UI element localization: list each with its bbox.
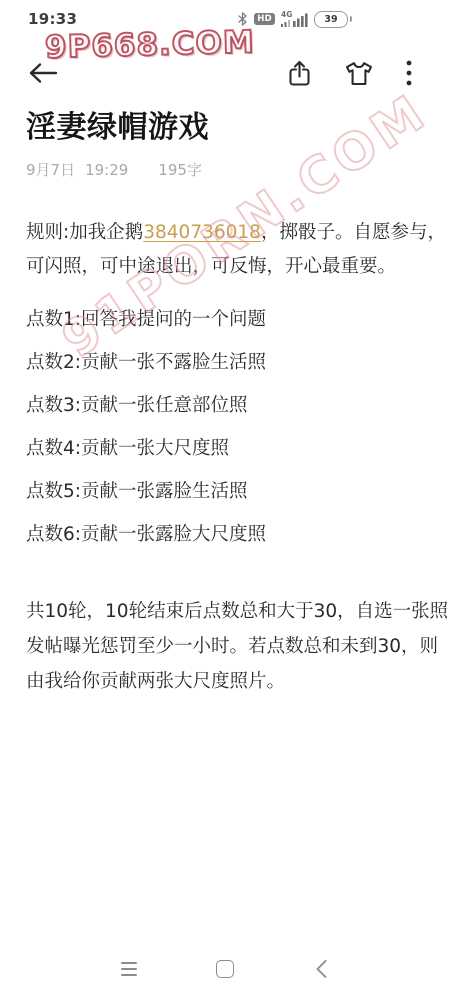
note-content: 淫妻绿帽游戏 9月7日19:29195字 规则:加我企鹅3840736018，掷… xyxy=(26,96,450,699)
clock-time: 19:33 xyxy=(28,10,77,28)
dice-rule-1: 点数1:回答我提问的一个问题 xyxy=(26,303,450,337)
dice-rule-3: 点数3:贡献一张任意部位照 xyxy=(26,389,450,423)
note-char-count: 195字 xyxy=(158,161,202,179)
tshirt-theme-icon xyxy=(344,61,374,86)
qq-number-link[interactable]: 3840736018 xyxy=(143,222,261,243)
note-edit-time: 19:29 xyxy=(85,161,128,179)
dice-rule-6: 点数6:贡献一张露脸大尺度照 xyxy=(26,518,450,552)
battery-icon: 39 xyxy=(314,11,352,28)
home-button[interactable] xyxy=(215,959,235,979)
battery-terminal xyxy=(350,16,353,22)
note-date: 9月7日 xyxy=(26,161,75,179)
dice-rule-2: 点数2:贡献一张不露脸生活照 xyxy=(26,346,450,380)
signal-bars-icon: 4G xyxy=(281,11,308,27)
note-title: 淫妻绿帽游戏 xyxy=(26,110,450,146)
more-vertical-icon xyxy=(406,60,412,86)
hd-volte-icon: HD xyxy=(254,13,275,25)
more-menu-button[interactable] xyxy=(406,60,412,86)
dice-rules-list: 点数1:回答我提问的一个问题 点数2:贡献一张不露脸生活照 点数3:贡献一张任意… xyxy=(26,303,450,552)
android-nav-bar xyxy=(0,938,450,1000)
home-icon xyxy=(216,960,234,978)
nav-back-button[interactable] xyxy=(311,959,331,979)
note-toolbar xyxy=(0,50,450,96)
bluetooth-icon xyxy=(237,12,248,26)
note-meta: 9月7日19:29195字 xyxy=(26,160,450,180)
rule-prefix: 规则:加我企鹅 xyxy=(26,222,143,243)
network-type-label: 4G xyxy=(281,11,292,19)
theme-skin-button[interactable] xyxy=(344,61,374,86)
back-arrow-icon xyxy=(27,62,59,84)
signal-sim1-icon xyxy=(293,11,308,27)
share-button[interactable] xyxy=(287,60,312,87)
battery-percent: 39 xyxy=(314,11,348,28)
toolbar-actions xyxy=(287,60,412,87)
status-bar: 19:33 HD 4G 39 xyxy=(0,0,450,34)
dice-rule-5: 点数5:贡献一张露脸生活照 xyxy=(26,475,450,509)
back-chevron-icon xyxy=(315,959,327,979)
back-button[interactable] xyxy=(27,62,59,84)
phone-screen: 19:33 HD 4G 39 xyxy=(0,0,450,1000)
dice-rule-4: 点数4:贡献一张大尺度照 xyxy=(26,432,450,466)
status-icons: HD 4G 39 xyxy=(237,11,352,28)
recents-menu-button[interactable] xyxy=(119,959,139,979)
rule-paragraph: 规则:加我企鹅3840736018，掷骰子。自愿参与，可闪照，可中途退出，可反悔… xyxy=(26,216,450,284)
summary-paragraph: 共10轮，10轮结束后点数总和大于30，自选一张照发帖曝光惩罚至少一小时。若点数… xyxy=(26,594,450,699)
share-icon xyxy=(287,60,312,87)
recents-menu-icon xyxy=(121,962,137,976)
